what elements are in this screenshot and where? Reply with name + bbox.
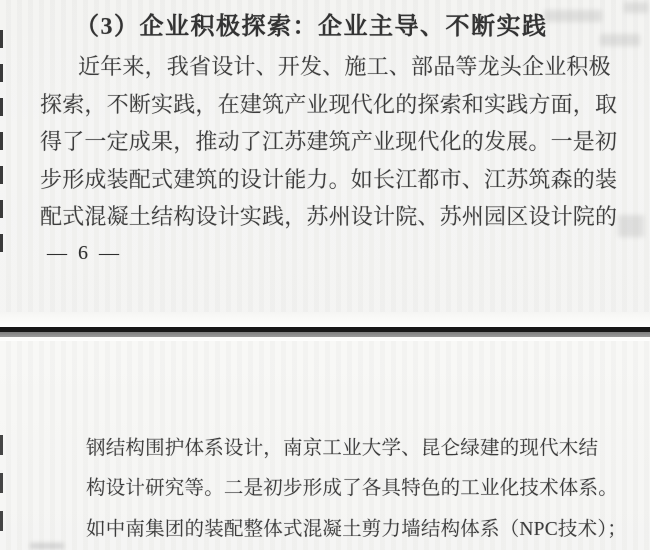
body-line: 得了一定成果，推动了江苏建筑产业现代化的发展。一是初 — [40, 129, 617, 155]
body-line: 步形成装配式建筑的设计能力。如长江都市、江苏筑森的装 — [40, 167, 617, 193]
scanned-document: （3）企业积极探索：企业主导、不断实践 近年来，我省设计、开发、施工、部品等龙头… — [0, 0, 650, 550]
body-line: 构设计研究等。二是初步形成了各具特色的工业化技术体系。 — [86, 476, 618, 502]
body-line: 探索，不断实践，在建筑产业现代化的探索和实践方面，取 — [40, 92, 617, 118]
page-edge-highlight — [0, 312, 650, 327]
body-line: 近年来，我省设计、开发、施工、部品等龙头企业积极 — [78, 54, 611, 80]
section-heading: （3）企业积极探索：企业主导、不断实践 — [75, 14, 548, 40]
body-line: 如中南集团的装配整体式混凝土剪力墙结构体系（NPC技术）； — [86, 517, 627, 543]
body-line: 钢结构围护体系设计，南京工业大学、昆仑绿建的现代木结 — [86, 436, 598, 462]
body-line: 配式混凝土结构设计实践，苏州设计院、苏州园区设计院的 — [40, 204, 617, 230]
page-number: — 6 — — [47, 240, 122, 266]
